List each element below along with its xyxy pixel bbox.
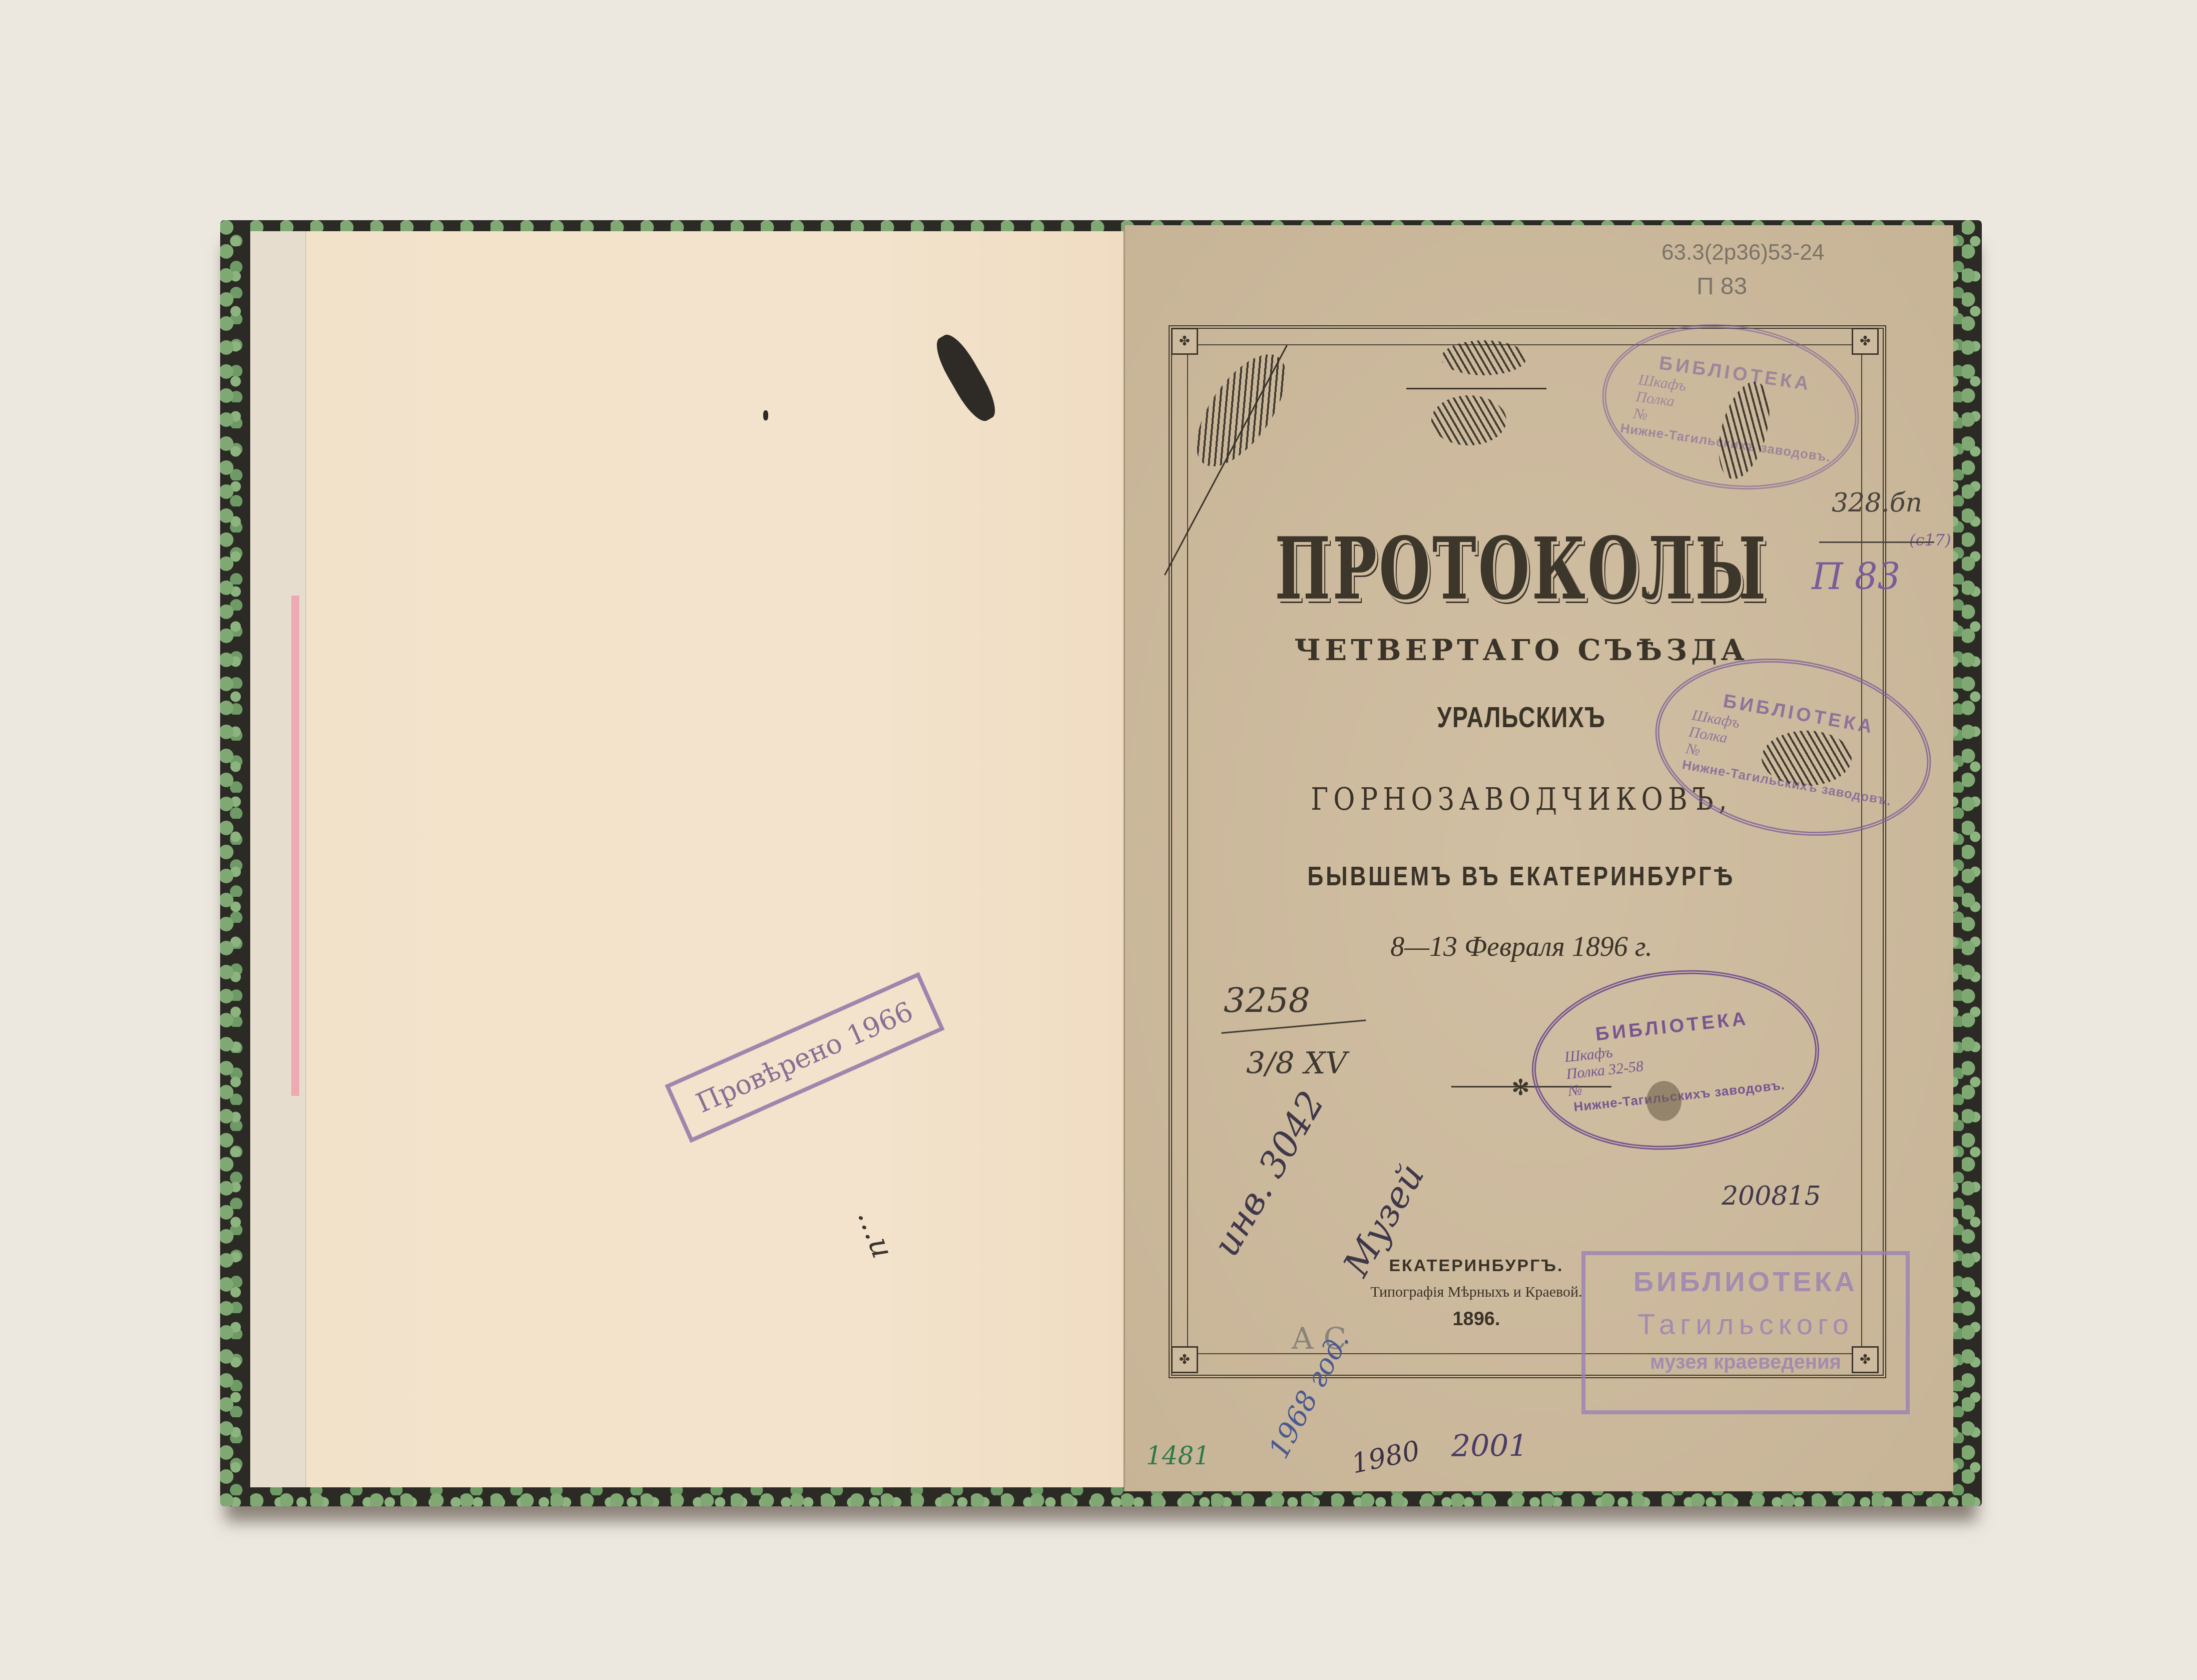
ink-dot xyxy=(763,410,768,420)
title-main: ПРОТОКОЛЫ xyxy=(1151,518,1892,619)
ornament-asterisk-icon: ✻ xyxy=(1511,1075,1530,1100)
stamp-heading: БИБЛІОТЕКА xyxy=(1594,1008,1750,1045)
imprint-year: 1896. xyxy=(1376,1309,1576,1330)
stain-spot xyxy=(1646,1081,1682,1121)
frame-corner-ornament-tr: ✤ xyxy=(1852,328,1879,355)
fraction-bottom: 3/8 XV xyxy=(1246,1046,1347,1081)
crossed-out-scribble-3 xyxy=(1431,395,1506,445)
fraction-top: 3258 xyxy=(1224,981,1310,1020)
scribble-fraction-line xyxy=(1406,388,1546,389)
margin-shelfmark-1: 328.бп xyxy=(1832,488,1922,518)
left-endpaper-page xyxy=(250,231,1124,1487)
stamp-line-1: БИБЛИОТЕКА xyxy=(1585,1265,1906,1298)
crossed-out-scribble-2 xyxy=(1441,340,1526,375)
right-number: 200815 xyxy=(1722,1181,1821,1211)
shelfmark-top: 63.3(2р36)53-24 xyxy=(1662,240,1824,265)
stamp-field-no: № xyxy=(1567,1081,1583,1100)
stamp-field-no: № xyxy=(1632,405,1649,424)
museum-library-stamp-rect: БИБЛИОТЕКА Тагильского музея краеведения xyxy=(1581,1251,1910,1414)
green-mark: 1481 xyxy=(1146,1441,1210,1470)
note-2001: 2001 xyxy=(1451,1429,1528,1464)
margin-shelfmark-2: (с17) xyxy=(1909,530,1951,549)
frame-corner-ornament-tl: ✤ xyxy=(1171,328,1198,355)
stamp-line-3: музея краеведения xyxy=(1585,1351,1906,1374)
frame-corner-ornament-bl: ✤ xyxy=(1171,1346,1198,1373)
stamp-field-no: № xyxy=(1685,740,1702,759)
pink-paper-strip xyxy=(291,596,299,1096)
shelfmark-top-2: П 83 xyxy=(1697,273,1747,300)
imprint-city: ЕКАТЕРИНБУРГЪ. xyxy=(1351,1256,1601,1276)
crossed-out-scribble-5 xyxy=(1762,731,1852,786)
stamp-line-2: Тагильского xyxy=(1585,1308,1906,1341)
title-line-held-in-ekaterinburg: БЫВШЕМЪ ВЪ ЕКАТЕРИНБУРГѢ xyxy=(1218,861,1825,892)
title-date: 8—13 Февраля 1896 г. xyxy=(1151,931,1892,963)
